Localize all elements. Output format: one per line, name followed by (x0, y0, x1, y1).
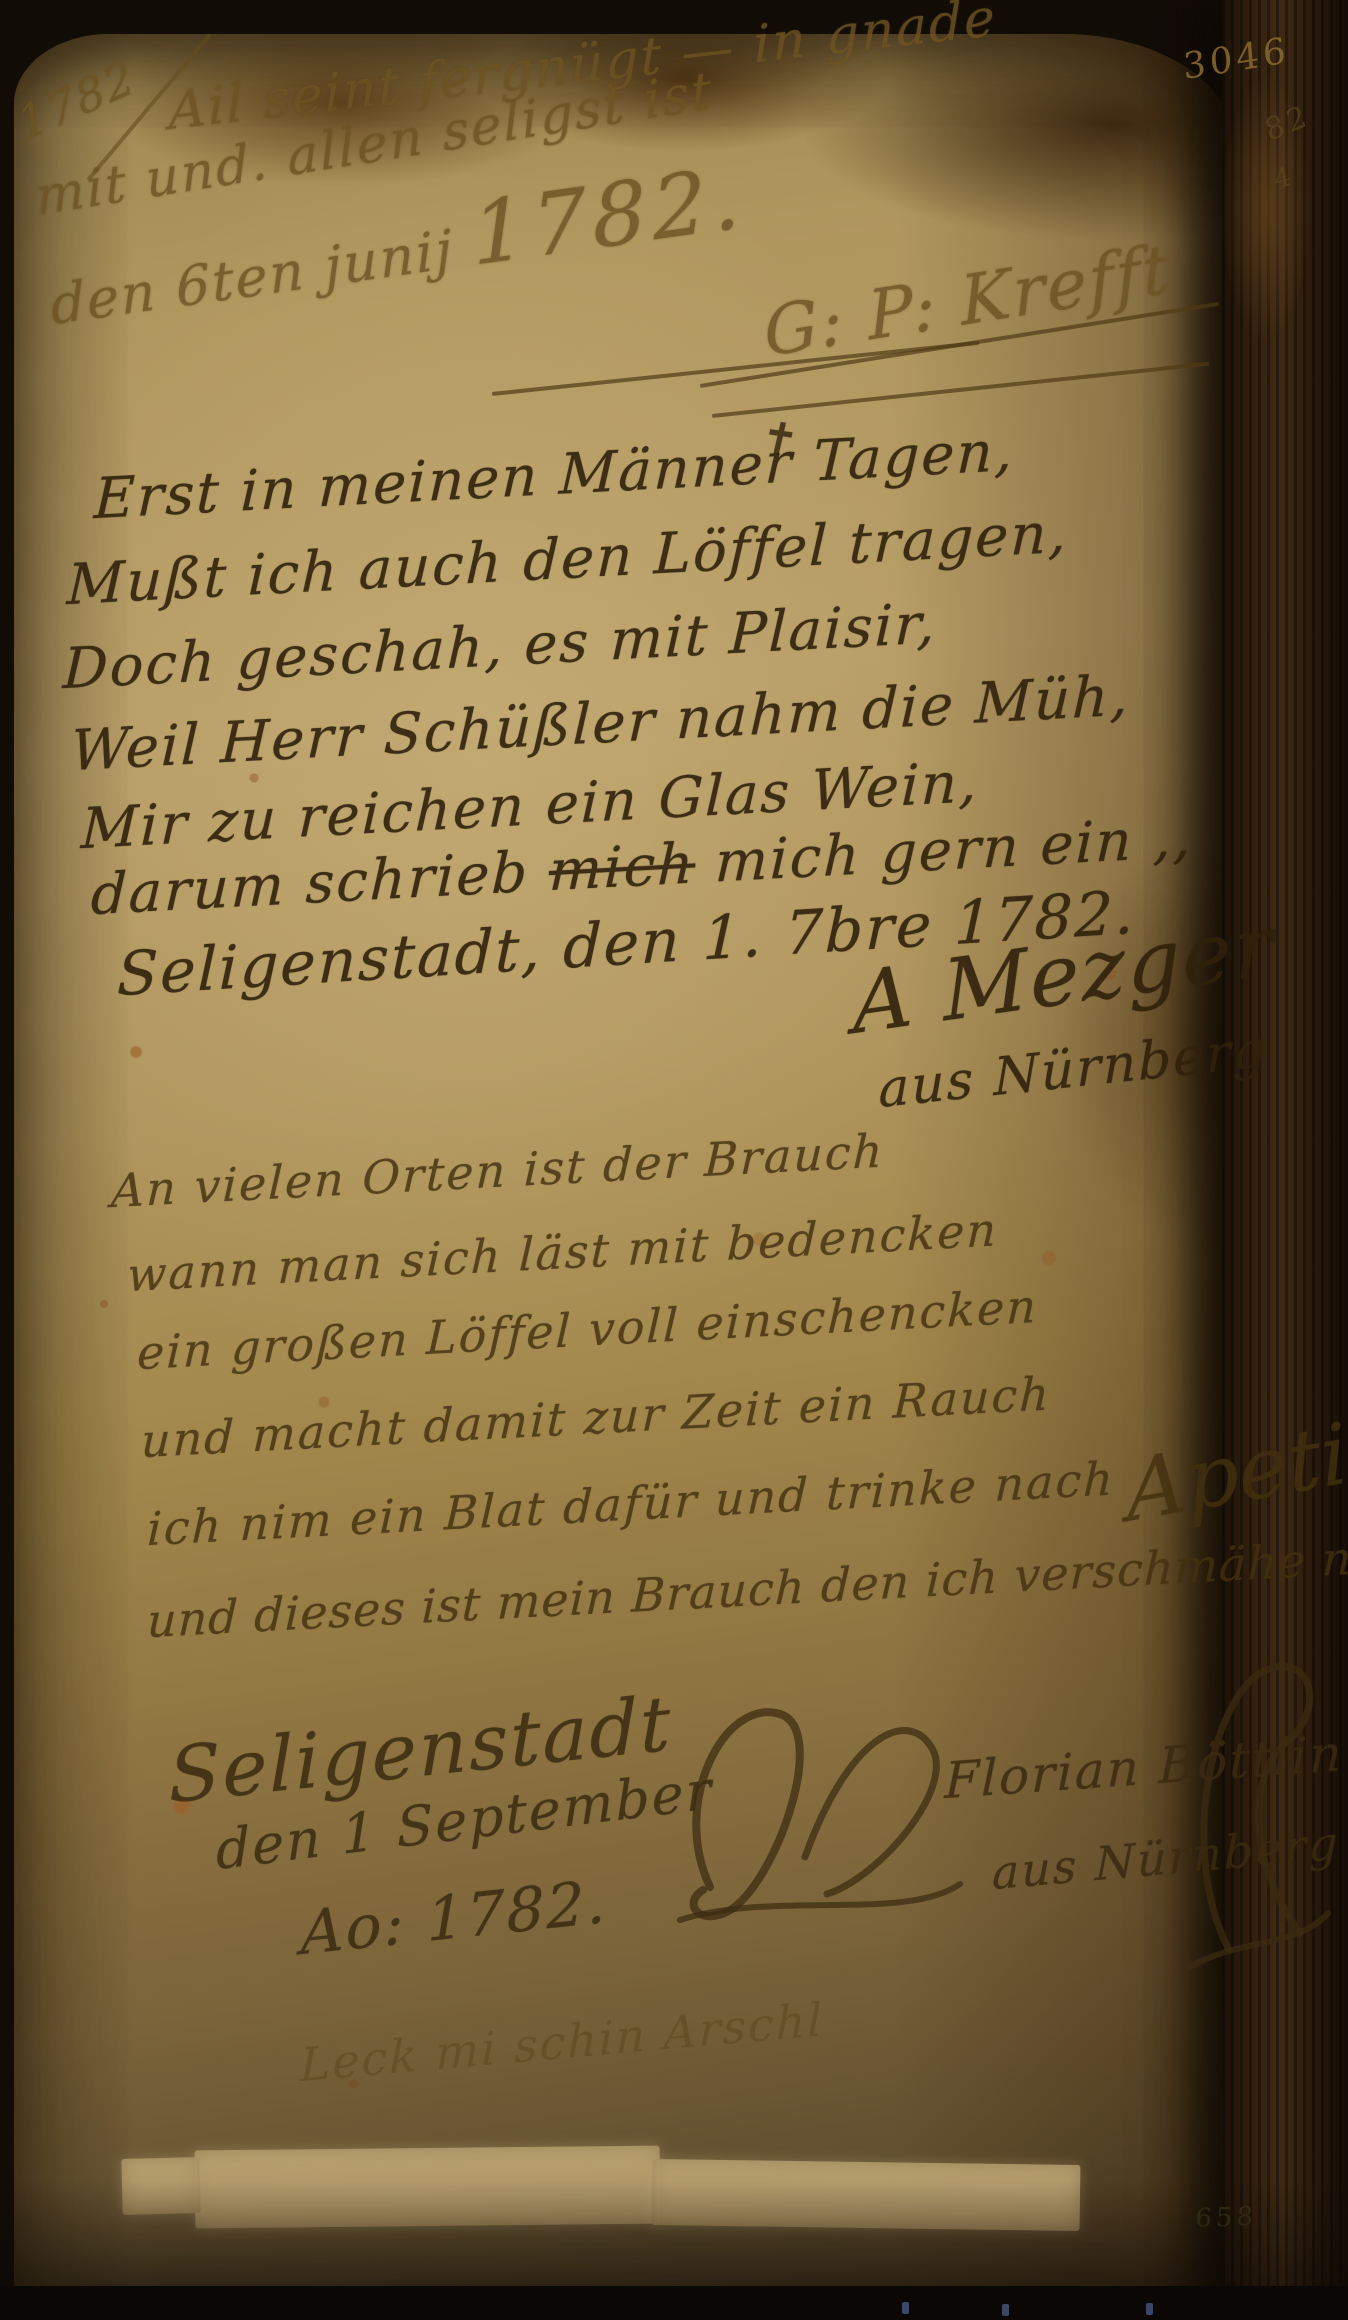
flourish-monogram (655, 1672, 965, 1962)
blue-mark (1002, 2304, 1009, 2316)
blue-mark (902, 2302, 909, 2314)
struck-word: mich (548, 831, 697, 904)
blue-mark (1146, 2303, 1153, 2315)
flourish-signature-swash (1158, 1648, 1338, 1978)
manuscript-photo: 1782 Ail seint fergnügt — in gnade mit u… (0, 0, 1348, 2320)
photo-bottom-shadow (0, 2180, 1348, 2300)
